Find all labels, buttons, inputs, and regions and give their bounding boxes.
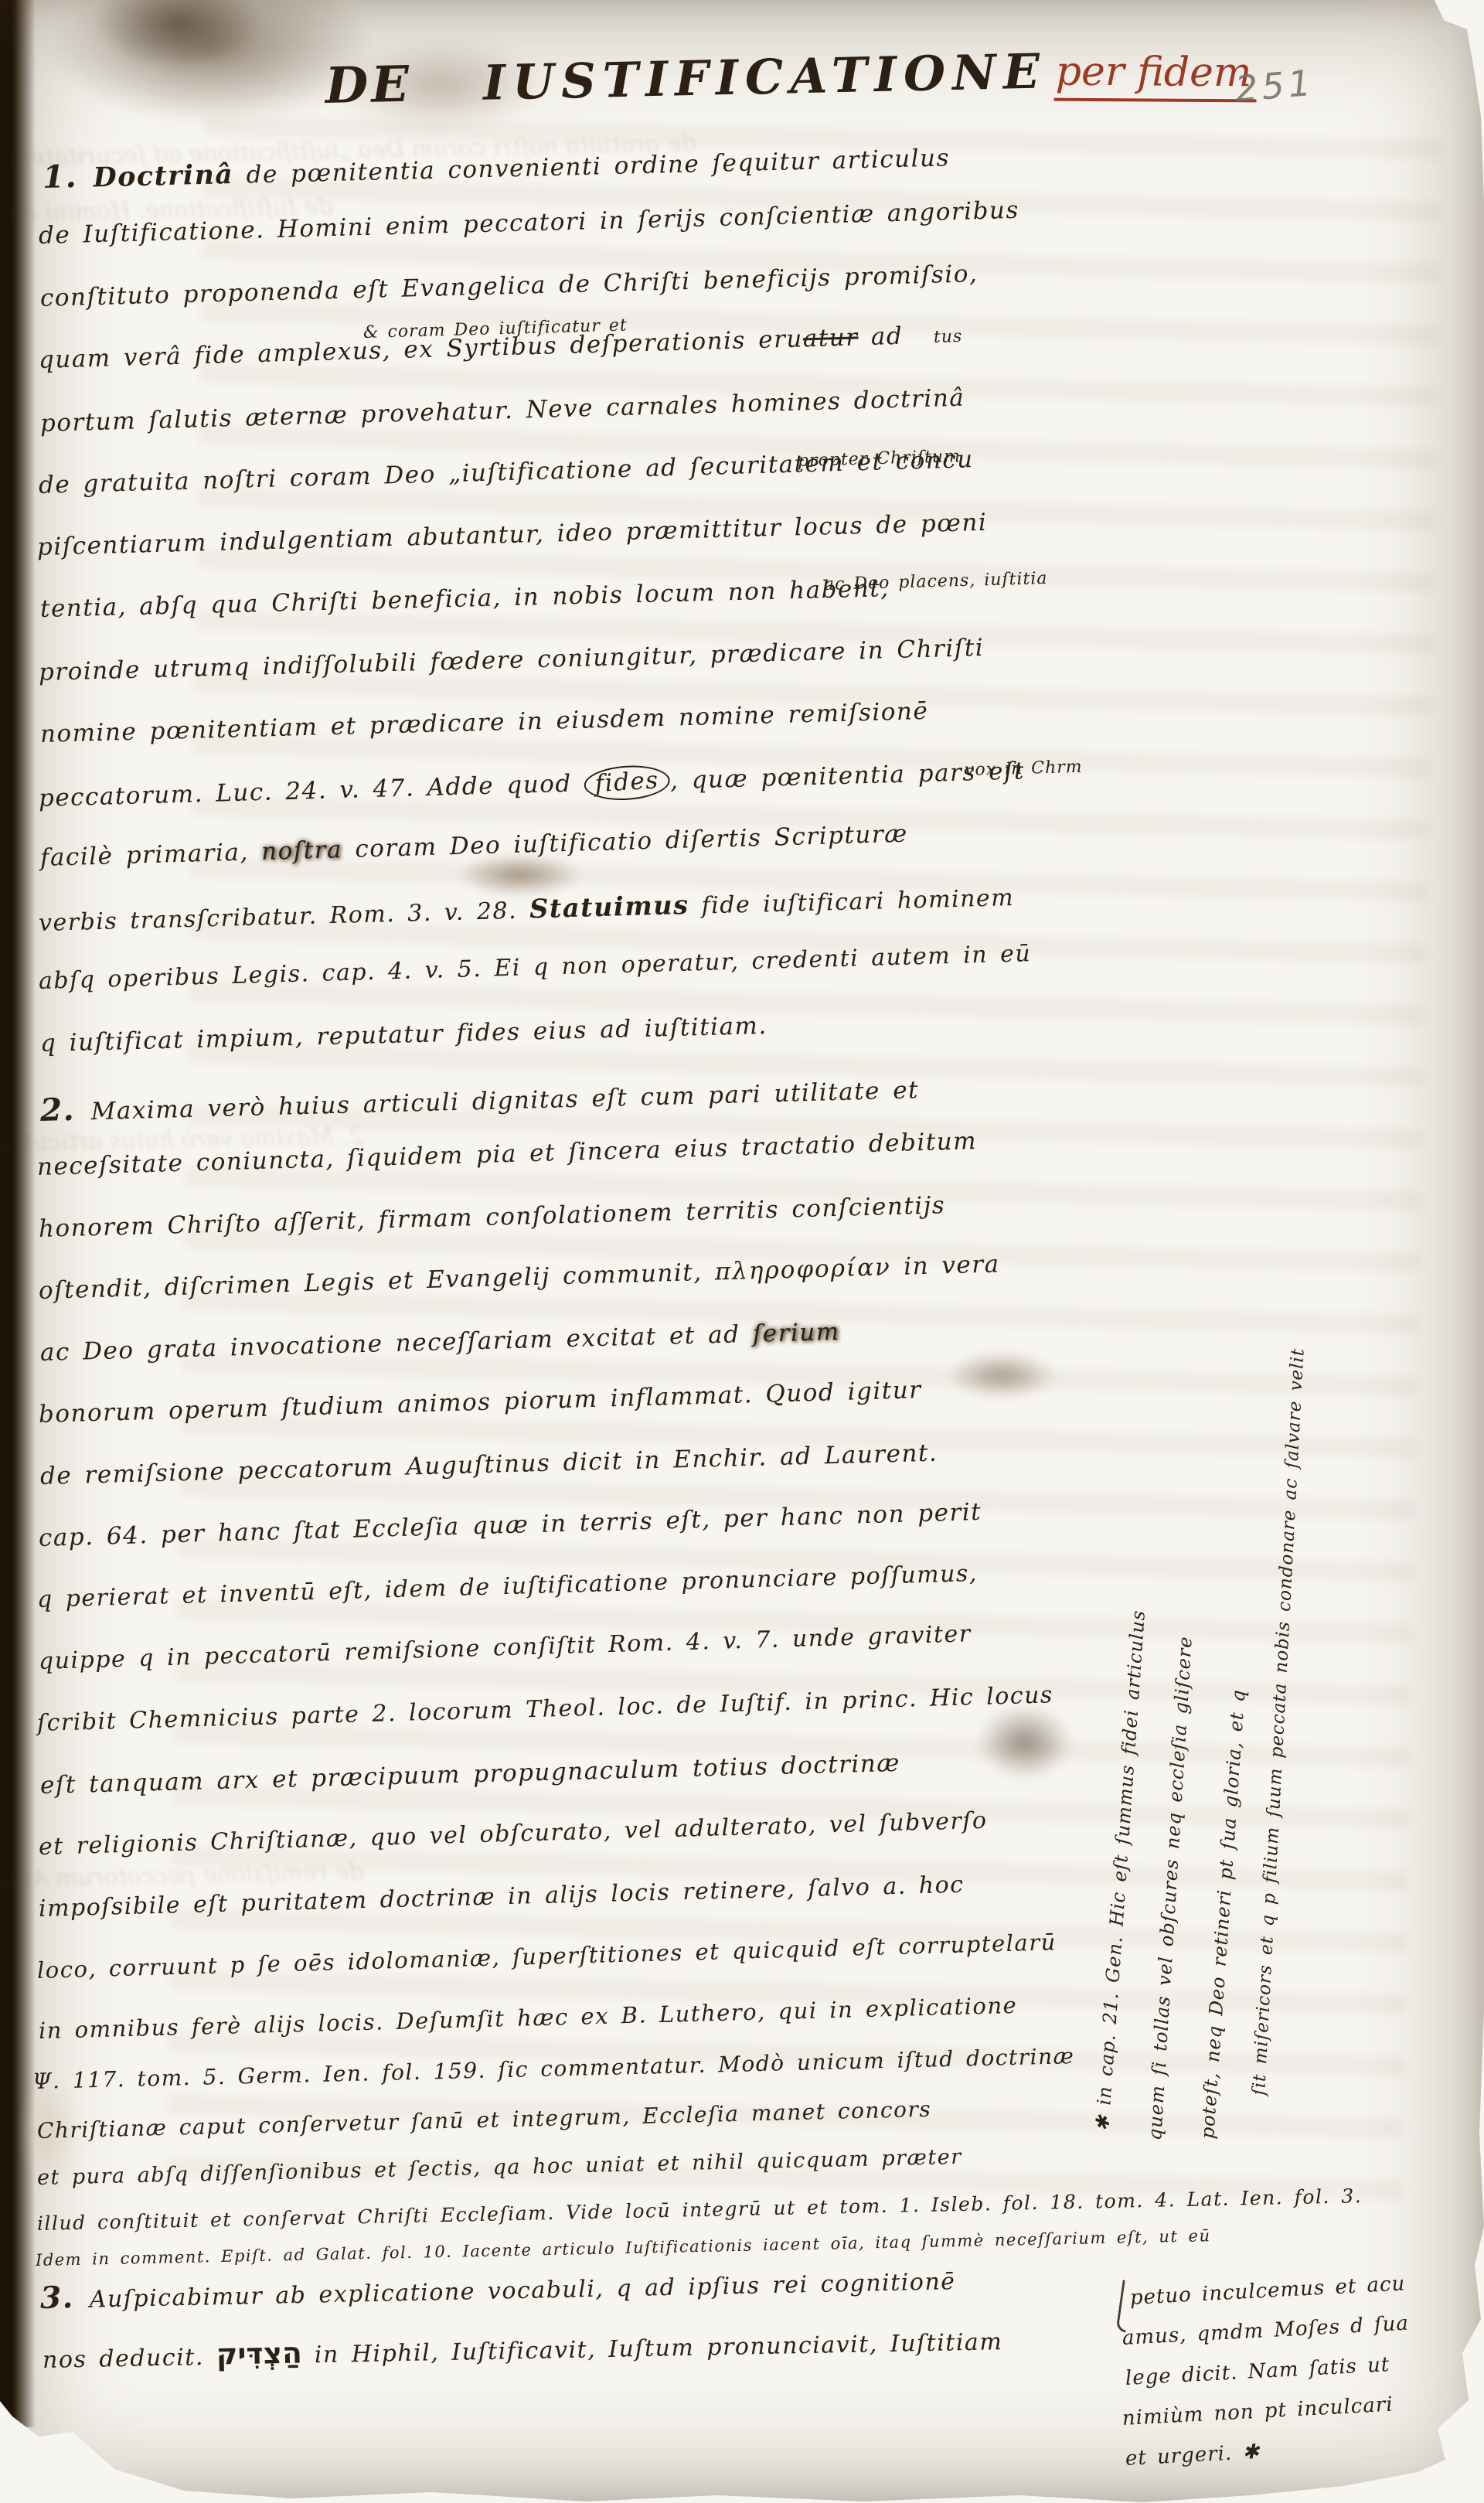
ink-stain [93,0,263,70]
manuscript-page: DEIUSTIFICATIONEper fidem 251 1. Doctrin… [0,0,1484,2503]
segment-text: in vera [890,1250,1000,1281]
segment-num: 2. [39,1090,91,1129]
segment-text: ſcribit Chemnicius parte 2. locorum Theo… [37,1681,1054,1737]
text-line: abſq operibus Legis. cap. 4. v. 5. Ei q … [39,940,1032,995]
segment-text: de pœnitentia convenienti ordine ſequitu… [233,144,950,189]
margin-note-bottom-right: nimiùm non pt inculcari [1122,2393,1394,2430]
text-line: Chriſtianæ caput conſervetur ſanū et int… [37,2096,932,2144]
segment-text: de remiſsione peccatorum Auguſtinus dici… [40,1439,938,1490]
text-line: verbis transſcribatur. Rom. 3. v. 28. St… [38,880,1014,937]
segment-text: et religionis Chriſtianæ, quo vel obſcur… [39,1807,988,1861]
margin-note-bottom-right: et urgeri. ✱ [1125,2440,1261,2471]
margin-note-bottom-right: amus, qmdm Moſes d ſua [1122,2312,1409,2350]
segment-num: 3. [40,2280,90,2316]
title-main: IUSTIFICATIONE [482,43,1047,111]
segment-text: loco, corruunt p ſe oēs idolomaniæ, ſupe… [37,1929,1057,1984]
text-line: in omnibus ferè alijs locis. Deſumſit hæ… [39,1992,1018,2044]
text-line: Ψ. 117. tom. 5. Germ. Ien. fol. 159. ſic… [32,2043,1075,2094]
text-line: loco, corruunt p ſe oēs idolomaniæ, ſupe… [37,1929,1057,1984]
text-line: q iuſtificat impium, reputatur fides eiu… [40,1012,768,1057]
segment-text: quippe q in peccatorū remiſsione conſiſt… [38,1620,972,1675]
segment-text: Chriſtianæ caput conſervetur ſanū et int… [37,2096,932,2144]
interlinear-insertion: vox in Chrm [965,758,1083,780]
text-line: Idem in comment. Epiſt. ad Galat. fol. 1… [36,2226,1211,2270]
segment-text: peccatorum. Luc. 24. v. 47. Adde quod [38,769,584,812]
segment-text: portum ſalutis æternæ provehatur. Neve c… [39,384,965,438]
segment-text: oſtendit, diſcrimen Legis et Evangelij c… [38,1258,715,1305]
ink-smudge [458,853,581,897]
text-line: oſtendit, diſcrimen Legis et Evangelij c… [38,1250,1000,1305]
ink-smudge [979,1705,1071,1779]
text-line: piſcentiarum indulgentiam abutantur, ide… [37,509,988,561]
segment-text: cap. 64. per hanc ſtat Eccleſia quæ in t… [38,1498,982,1552]
segment-text: piſcentiarum indulgentiam abutantur, ide… [37,509,988,561]
text-line: et religionis Chriſtianæ, quo vel obſcur… [39,1807,988,1861]
text-line: 2. Maxima verò huius articuli dignitas e… [39,1068,919,1129]
binding-edge-core [0,0,12,2412]
page-number-pencil: 251 [1234,62,1316,111]
text-line: eſt tanquam arx et præcipuum propugnacul… [40,1749,901,1800]
text-line: 3. Auſpicabimur ab explicatione vocabuli… [40,2261,956,2316]
segment-text: q perierat et inventū eſt, idem de iuſti… [37,1560,979,1613]
segment-hebrew: הַצְדִּיק [216,2336,302,2372]
text-line: bonorum operum ſtudium animos piorum inf… [38,1376,921,1429]
segment-text: verbis transſcribatur. Rom. 3. v. 28. [39,897,530,937]
text-line: de Iuſtificatione. Homini enim peccatori… [39,196,1020,250]
segment-text: Idem in comment. Epiſt. ad Galat. fol. 1… [36,2226,1211,2270]
segment-text: nos deducit. [43,2344,216,2374]
text-line: peccatorum. Luc. 24. v. 47. Adde quod fi… [38,754,1025,816]
segment-text: neceſsitate coniuncta, ſiquidem pia et ſ… [36,1127,977,1181]
page-title: DEIUSTIFICATIONEper fidem [325,38,1257,119]
margin-note-bottom-right: lege dicit. Nam ſatis ut [1125,2353,1390,2390]
text-line: q perierat et inventū eſt, idem de iuſti… [37,1560,979,1613]
text-line: tentia, abſq qua Chriſti beneficia, in n… [40,574,890,623]
segment-text: honorem Chriſto aſſerit, firmam conſolat… [39,1191,946,1243]
segment-text: ac Deo grata invocatione neceſſariam exc… [40,1320,754,1367]
text-line: conſtituto proponenda eſt Evangelica de … [40,260,979,312]
text-line: quippe q in peccatorū remiſsione conſiſt… [38,1620,972,1675]
segment-bold: Doctrinâ [93,158,234,193]
segment-smudge: ſerium [752,1318,840,1348]
segment-text: conſtituto proponenda eſt Evangelica de … [40,260,979,312]
text-line: cap. 64. per hanc ſtat Eccleſia quæ in t… [38,1498,982,1552]
segment-text: tentia, abſq qua Chriſti beneficia, in n… [40,574,890,623]
text-line: ac Deo grata invocatione neceſſariam exc… [40,1318,841,1367]
text-line: proinde utrumq indiſſolubili fœdere coni… [39,634,985,686]
segment-text: eſt tanquam arx et præcipuum propugnacul… [40,1749,901,1800]
segment-text: nomine pœnitentiam et prædicare in eiusd… [40,697,929,748]
segment-text: de Iuſtificatione. Homini enim peccatori… [39,196,1020,250]
segment-num: 1. [42,157,94,196]
segment-text: fide iuſtificari hominem [689,884,1014,920]
segment-text: facilè primaria, [39,838,261,872]
segment-bold: Statuimus [529,889,689,924]
segment-text: ad [858,322,904,352]
interlinear-insertion: tus [934,327,963,347]
segment-text: Maxima verò huius articuli dignitas eſt … [90,1076,919,1125]
text-line: portum ſalutis æternæ provehatur. Neve c… [39,384,965,438]
text-line: neceſsitate coniuncta, ſiquidem pia et ſ… [36,1127,977,1181]
text-line: ſcribit Chemnicius parte 2. locorum Theo… [37,1681,1054,1737]
segment-text: Ψ. 117. tom. 5. Germ. Ien. fol. 159. ſic… [32,2043,1075,2094]
segment-text: abſq operibus Legis. cap. 4. v. 5. Ei q … [39,940,1032,995]
segment-greek: πληροφορίαν [714,1253,891,1286]
text-line: facilè primaria, noſtra coram Deo iuſtif… [39,820,908,872]
text-line: nos deducit. הַצְדִּיק in Hiphil, Iuſtif… [43,2322,1003,2375]
segment-text: in Hiphil, Iuſtificavit, Iuſtum pronunci… [301,2328,1002,2368]
segment-smudge: noſtra [261,836,343,866]
segment-text: q iuſtificat impium, reputatur fides eiu… [40,1012,768,1057]
margin-note-bottom-right: petuo inculcemus et acu [1129,2272,1406,2310]
title-addition-red: per fidem [1054,49,1257,103]
segment-text: bonorum operum ſtudium animos piorum inf… [38,1376,921,1429]
margin-note-vertical: ſit miſericors et q p filium ſuum peccat… [1249,1184,1317,2096]
text-line: impoſsibile eſt puritatem doctrinæ in al… [39,1871,965,1922]
segment-text: coram Deo iuſtificatio diſertis Scriptur… [342,820,908,863]
segment-text: et pura abſq diſſenſionibus et ſectis, q… [37,2145,962,2190]
segment-circled: fides [584,763,672,802]
segment-text: proinde utrumq indiſſolubili fœdere coni… [39,634,985,686]
title-de: DE [325,56,413,115]
ink-smudge [948,1351,1056,1399]
text-line: et pura abſq diſſenſionibus et ſectis, q… [37,2145,962,2190]
text-line: 1. Doctrinâ de pœnitentia convenienti or… [42,136,950,196]
text-line: nomine pœnitentiam et prædicare in eiusd… [40,697,929,748]
segment-text: impoſsibile eſt puritatem doctrinæ in al… [39,1871,965,1922]
title-gap [412,100,483,101]
segment-text: Auſpicabimur ab explicatione vocabuli, q… [89,2268,955,2313]
text-line: honorem Chriſto aſſerit, firmam conſolat… [39,1191,946,1243]
interlinear-insertion: ac Deo placens, iuſtitia [824,569,1048,594]
segment-strike: atur [802,323,859,352]
segment-text: in omnibus ferè alijs locis. Deſumſit hæ… [39,1992,1018,2044]
text-line: de remiſsione peccatorum Auguſtinus dici… [40,1439,938,1490]
